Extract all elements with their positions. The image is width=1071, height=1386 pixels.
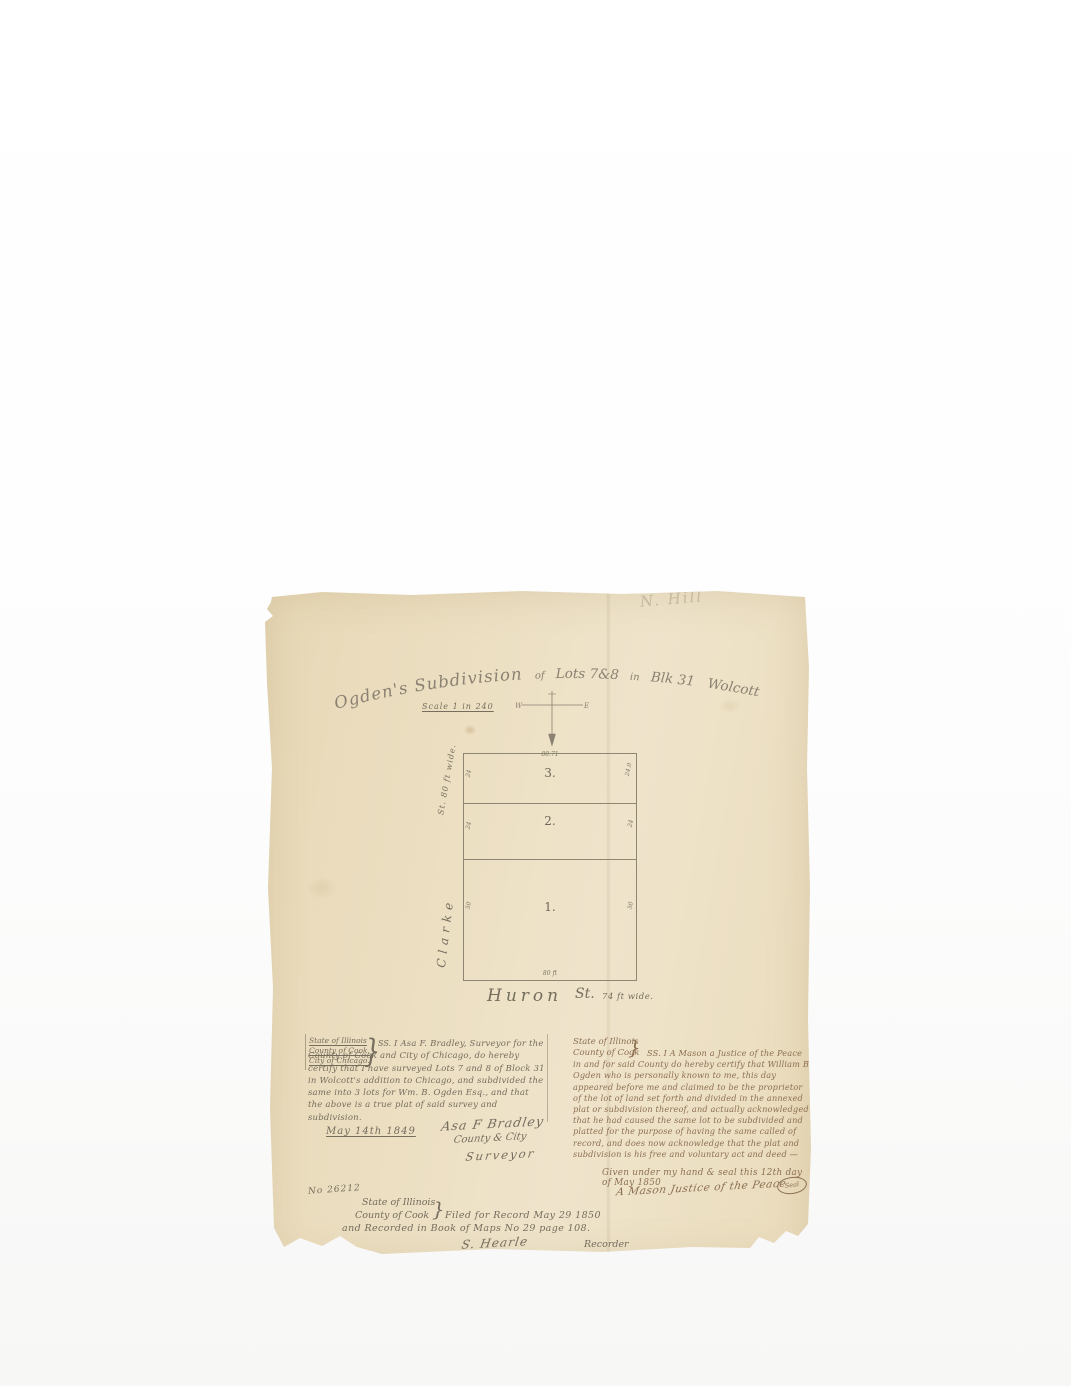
street-bottom-width-label: 74 ft wide. (602, 992, 653, 1002)
dimension-bottom: 80 ft (464, 970, 636, 977)
street-left-name-label: Clarke (434, 883, 458, 968)
brace-glyph: } (432, 1197, 445, 1221)
recorder-county-line: County of Cook (355, 1210, 429, 1221)
document-paper: N. Hill Ogden's Subdivision of Lots 7&8 … (262, 588, 812, 1264)
lot-divider (464, 803, 636, 804)
surveyor-signature-title: Surveyor (465, 1146, 537, 1164)
recorded-in-book-line: and Recorded in Book of Maps No 29 page … (342, 1223, 590, 1234)
compass-east-label: E (583, 702, 589, 710)
pencil-annotation: N. Hill (639, 587, 704, 610)
street-bottom-st-label: St. (575, 986, 595, 1002)
notary-certificate-body: SS. I A Mason a Justice of the Peace in … (573, 1048, 811, 1160)
recorder-signature: S. Hearle (461, 1234, 530, 1251)
title-part: in (630, 672, 640, 684)
lot-1-label: 1. (464, 900, 636, 914)
compass-rose: W E (512, 688, 592, 750)
recorder-title: Recorder (584, 1239, 629, 1250)
document-number: No 26212 (308, 1183, 361, 1197)
recorder-state-line: State of Illinois (362, 1197, 435, 1208)
survey-date: May 14th 1849 (326, 1126, 416, 1137)
rule-line (547, 1034, 548, 1122)
street-bottom-name-label: Huron (487, 986, 562, 1006)
title-part: of (535, 670, 547, 681)
dimension-left-lot2: 24 (465, 821, 473, 830)
title-part: Blk 31 (649, 669, 696, 690)
lot-2-label: 2. (464, 814, 636, 828)
compass-west-label: W (515, 702, 523, 710)
south-arrow-icon (549, 734, 556, 746)
title-part: Lots 7&8 (555, 666, 620, 683)
lot-divider (464, 859, 636, 860)
filed-for-record-line: Filed for Record May 29 1850 (445, 1210, 601, 1221)
scale-label: Scale 1 in 240 (422, 702, 494, 711)
photo-stage: N. Hill Ogden's Subdivision of Lots 7&8 … (0, 0, 1071, 1386)
lot-3-label: 3. (464, 766, 636, 780)
surveyor-certificate-body: I Asa F. Bradley, Surveyor for the Count… (308, 1038, 546, 1124)
plat-diagram: 3. 2. 1. 80.71 80 ft 24 24.0 24 24 50 50 (463, 753, 637, 981)
street-left-width-label: St. 80 ft wide. (436, 731, 459, 815)
dimension-top: 80.71 (464, 751, 636, 758)
rule-line (305, 1034, 306, 1070)
surveyor-signature-title: County & City (453, 1131, 527, 1146)
